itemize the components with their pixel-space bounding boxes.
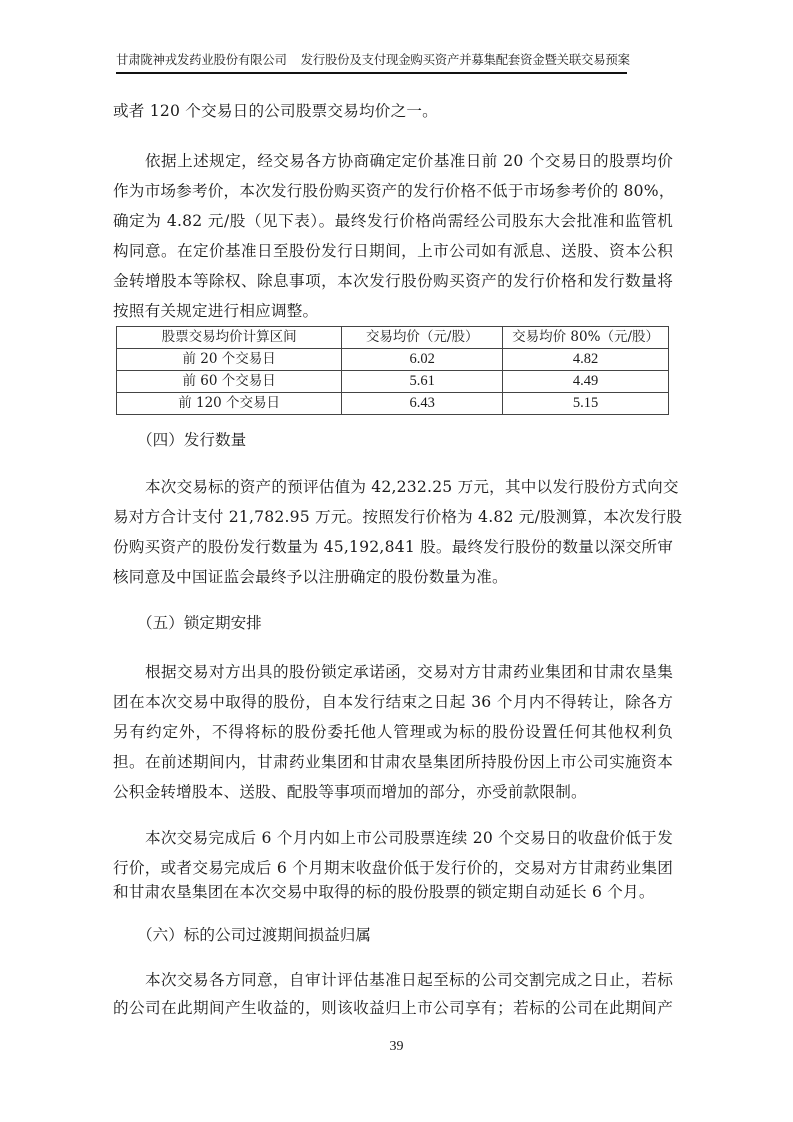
header-document-title: 发行股份及支付现金购买资产并募集配套资金暨关联交易预案 — [301, 52, 630, 72]
table-header-row: 股票交易均价计算区间 交易均价（元/股） 交易均价 80%（元/股） — [117, 327, 669, 349]
section-heading-lockup-period: （五）锁定期安排 — [137, 613, 262, 633]
paragraph-line: 构同意。在定价基准日至股份发行日期间，上市公司如有派息、送股、资本公积 — [113, 241, 673, 261]
paragraph-line: 团在本次交易中取得的股份，自本发行结束之日起 36 个月内不得转让，除各方 — [113, 692, 673, 712]
paragraph-line: 本次交易标的资产的预评估值为 42,232.25 万元，其中以发行股份方式向交 — [145, 477, 673, 497]
paragraph-line: 的公司在此期间产生收益的，则该收益归上市公司享有；若标的公司在此期间产 — [113, 998, 673, 1018]
paragraph-line: 金转增股本等除权、除息事项，本次发行股份购买资产的发行价格和发行数量将 — [113, 271, 673, 291]
paragraph-line: 按照有关规定进行相应调整。 — [113, 301, 673, 321]
cell-period: 前 60 个交易日 — [117, 371, 342, 393]
page-number: 39 — [0, 1039, 793, 1055]
paragraph-line: 另有约定外，不得将标的股份委托他人管理或为标的股份设置任何其他权利负 — [113, 722, 673, 742]
page-header: 甘肃陇神戎发药业股份有限公司 发行股份及支付现金购买资产并募集配套资金暨关联交易… — [116, 52, 627, 74]
paragraph-line: 公积金转增股本、送股、配股等事项而增加的部分，亦受前款限制。 — [113, 782, 673, 802]
column-header-avg-price: 交易均价（元/股） — [342, 327, 503, 349]
cell-period: 前 120 个交易日 — [117, 393, 342, 415]
paragraph-line: 行价，或者交易完成后 6 个月期末收盘价低于发行价的，交易对方甘肃药业集团 — [113, 858, 673, 878]
cell-period: 前 20 个交易日 — [117, 349, 342, 371]
paragraph-line: 作为市场参考价，本次发行股份购买资产的发行价格不低于市场参考价的 80%， — [113, 181, 673, 201]
paragraph-line: 易对方合计支付 21,782.95 万元。按照发行价格为 4.82 元/股测算，… — [113, 507, 673, 527]
cell-avg-price: 6.43 — [342, 393, 503, 415]
cell-avg-price-80: 4.82 — [503, 349, 669, 371]
paragraph-line: 份购买资产的股份发行数量为 45,192,841 股。最终发行股份的数量以深交所… — [113, 537, 673, 557]
cell-avg-price: 6.02 — [342, 349, 503, 371]
paragraph-line: 核同意及中国证监会最终予以注册确定的股份数量为准。 — [113, 567, 673, 587]
cell-avg-price-80: 4.49 — [503, 371, 669, 393]
paragraph-line: 依据上述规定，经交易各方协商确定定价基准日前 20 个交易日的股票均价 — [145, 151, 673, 171]
table-row: 前 60 个交易日 5.61 4.49 — [117, 371, 669, 393]
paragraph-line: 确定为 4.82 元/股（见下表）。最终发行价格尚需经公司股东大会批准和监管机 — [113, 211, 673, 231]
cell-avg-price: 5.61 — [342, 371, 503, 393]
section-heading-transition-period-pnl: （六）标的公司过渡期间损益归属 — [137, 925, 371, 945]
section-heading-issuance-quantity: （四）发行数量 — [137, 430, 246, 450]
paragraph-line: 根据交易对方出具的股份锁定承诺函，交易对方甘肃药业集团和甘肃农垦集 — [145, 662, 673, 682]
table-row: 前 20 个交易日 6.02 4.82 — [117, 349, 669, 371]
intro-line: 或者 120 个交易日的公司股票交易均价之一。 — [113, 101, 673, 121]
header-company-name: 甘肃陇神戎发药业股份有限公司 — [116, 52, 287, 72]
column-header-period: 股票交易均价计算区间 — [117, 327, 342, 349]
paragraph-line: 和甘肃农垦集团在本次交易中取得的标的股份股票的锁定期自动延长 6 个月。 — [113, 882, 673, 902]
column-header-avg-price-80: 交易均价 80%（元/股） — [503, 327, 669, 349]
stock-price-table: 股票交易均价计算区间 交易均价（元/股） 交易均价 80%（元/股） 前 20 … — [116, 326, 669, 415]
table-row: 前 120 个交易日 6.43 5.15 — [117, 393, 669, 415]
paragraph-line: 担。在前述期间内，甘肃药业集团和甘肃农垦集团所持股份因上市公司实施资本 — [113, 752, 673, 772]
paragraph-line: 本次交易完成后 6 个月内如上市公司股票连续 20 个交易日的收盘价低于发 — [145, 828, 673, 848]
paragraph-line: 本次交易各方同意，自审计评估基准日起至标的公司交割完成之日止，若标 — [145, 970, 673, 990]
cell-avg-price-80: 5.15 — [503, 393, 669, 415]
